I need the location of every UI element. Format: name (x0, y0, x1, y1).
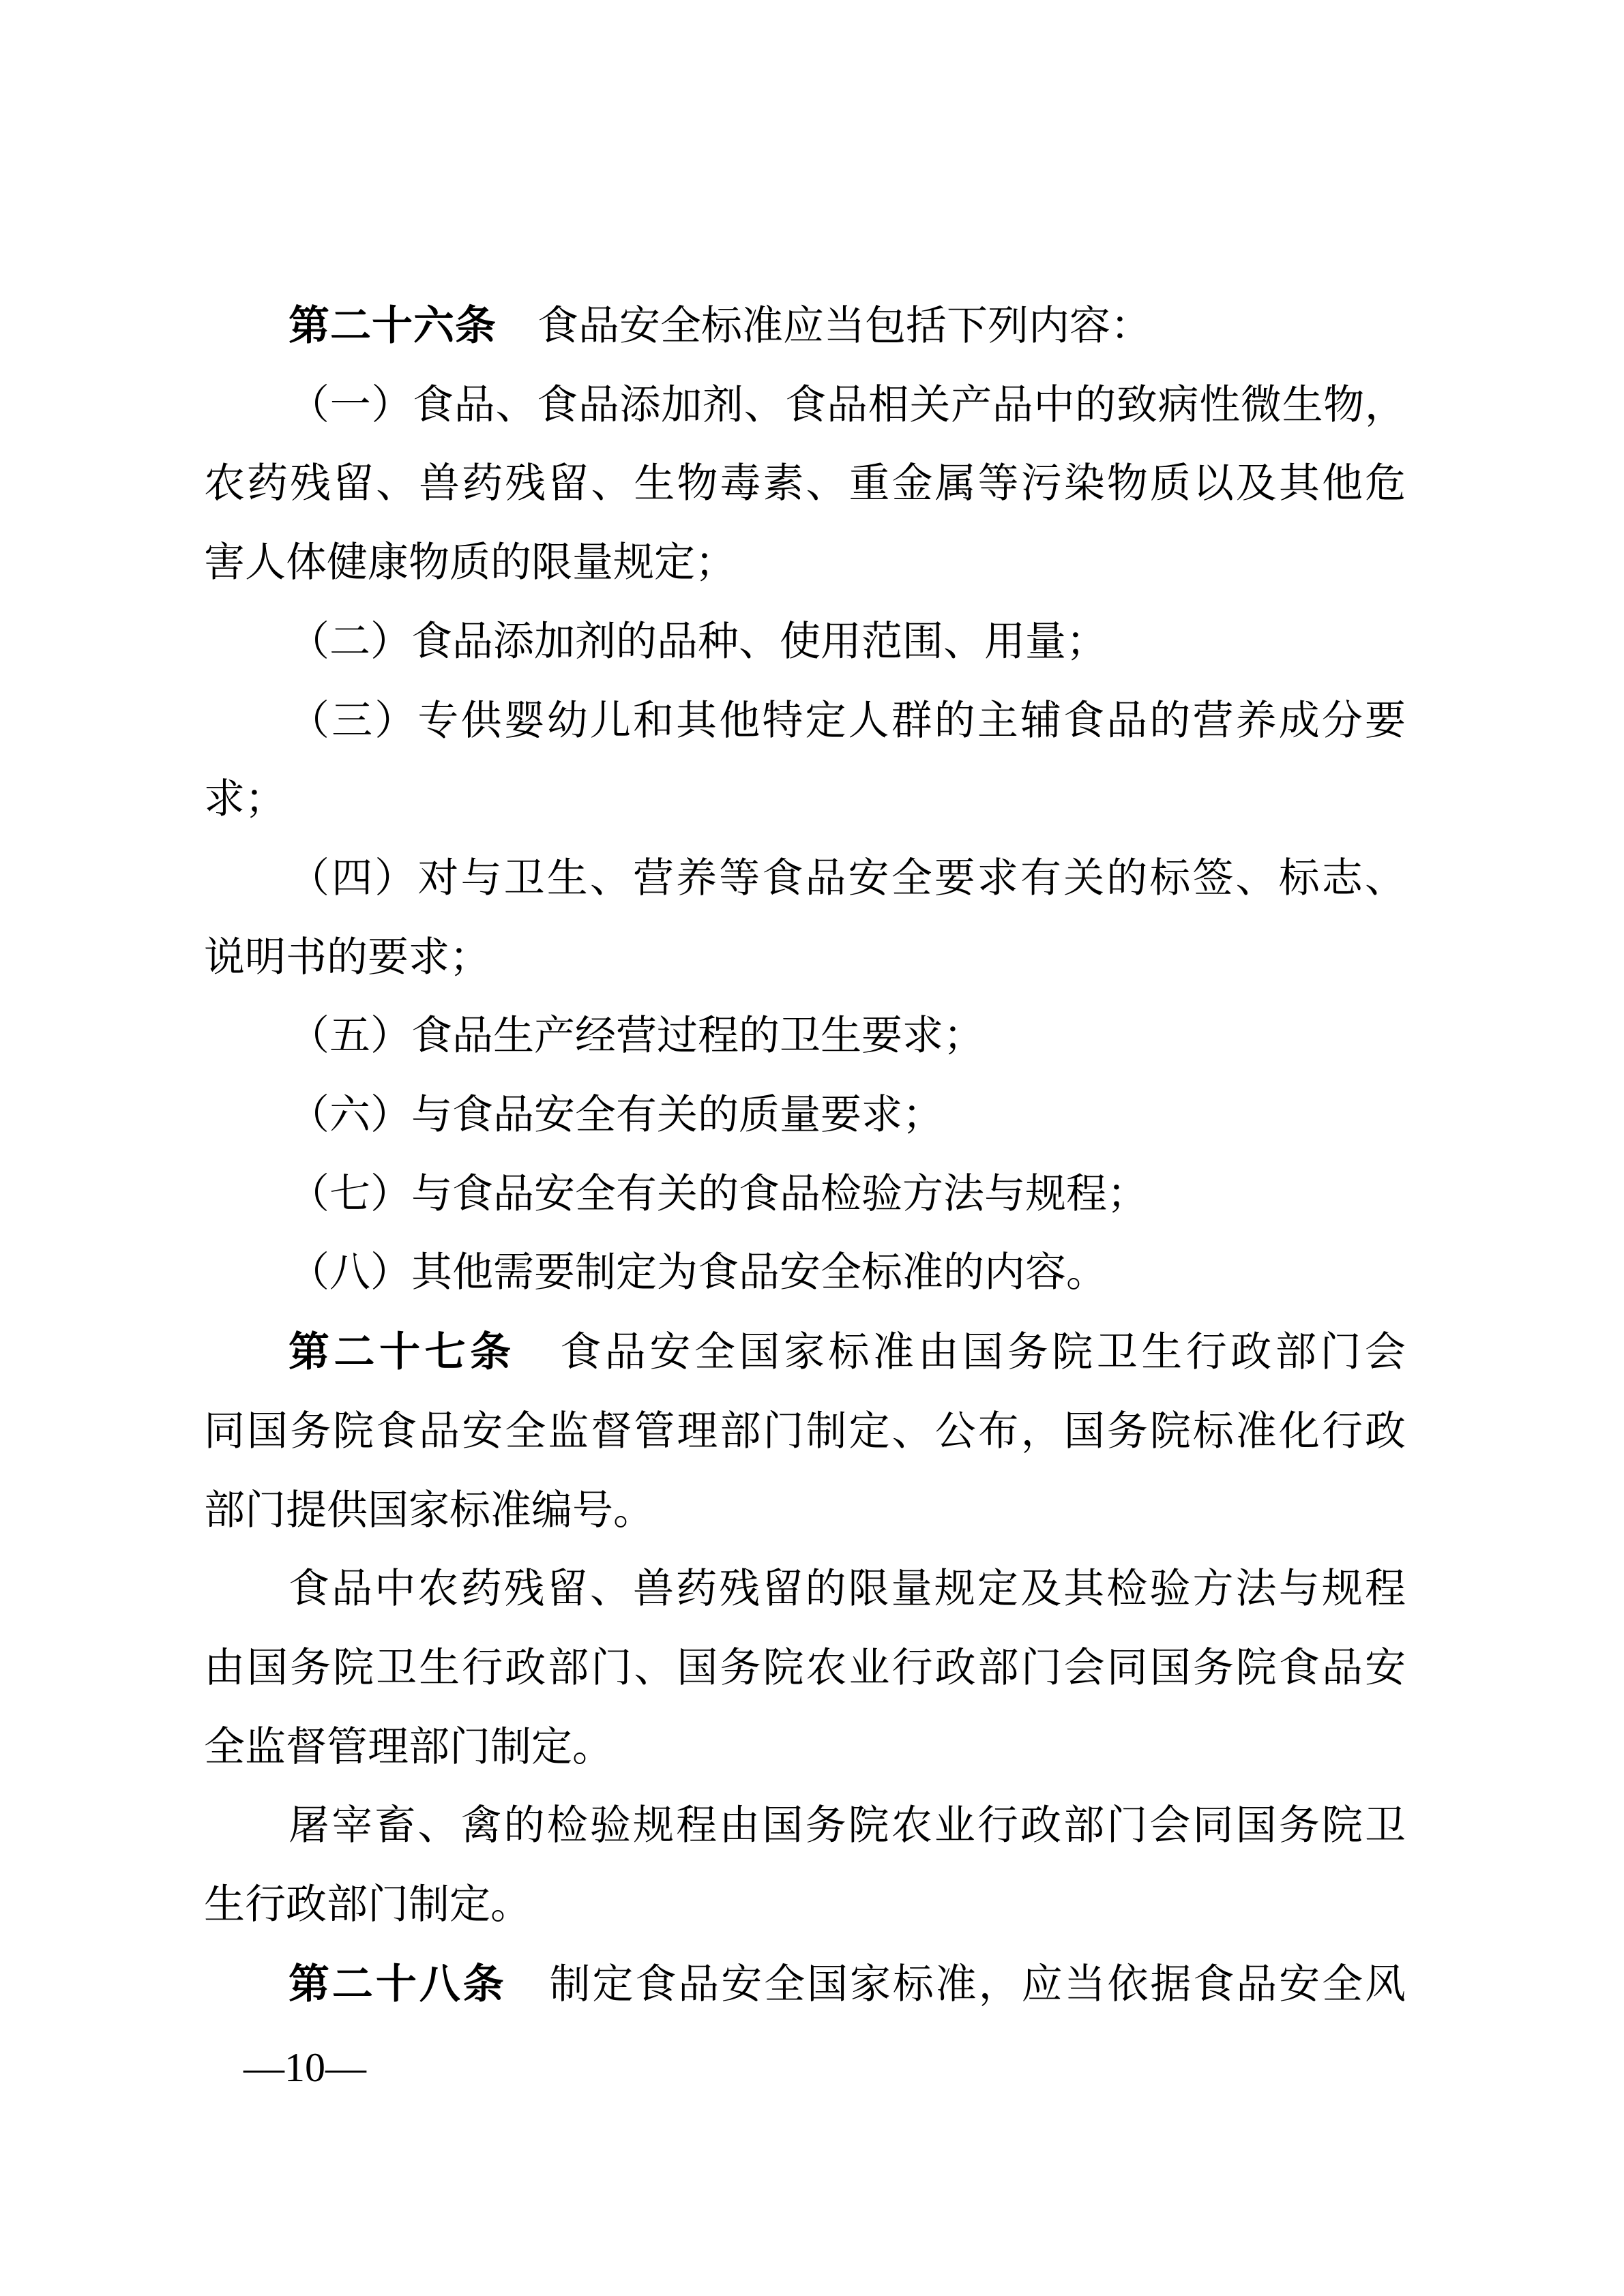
text-line: 第二十七条 食品安全国家标准由国务院卫生行政部门会 (204, 1313, 1406, 1392)
text-line: 第二十八条 制定食品安全国家标准，应当依据食品安全风 (204, 1945, 1406, 2025)
text-line: 同国务院食品安全监督管理部门制定、公布，国务院标准化行政 (204, 1392, 1406, 1472)
article-number: 第二十六条 (289, 303, 497, 348)
text-line: （二）食品添加剂的品种、使用范围、用量； (204, 603, 1406, 682)
text-line: （六）与食品安全有关的质量要求； (204, 1076, 1406, 1155)
text-line: 生行政部门制定。 (204, 1866, 1406, 1945)
text-line: 求； (204, 760, 1406, 839)
text-line: （一）食品、食品添加剂、食品相关产品中的致病性微生物， (204, 366, 1406, 445)
text-line: （三）专供婴幼儿和其他特定人群的主辅食品的营养成分要 (204, 682, 1406, 761)
text-line: 害人体健康物质的限量规定； (204, 524, 1406, 603)
text-line: 农药残留、兽药残留、生物毒素、重金属等污染物质以及其他危 (204, 445, 1406, 524)
text-line: 由国务院卫生行政部门、国务院农业行政部门会同国务院食品安 (204, 1629, 1406, 1708)
text-line: 说明书的要求； (204, 919, 1406, 998)
article-number: 第二十七条 (289, 1329, 516, 1375)
text-line: 第二十六条 食品安全标准应当包括下列内容： (204, 286, 1406, 366)
document-body: 第二十六条 食品安全标准应当包括下列内容：（一）食品、食品添加剂、食品相关产品中… (204, 286, 1406, 2024)
text-line: 全监督管理部门制定。 (204, 1708, 1406, 1787)
document-page: 第二十六条 食品安全标准应当包括下列内容：（一）食品、食品添加剂、食品相关产品中… (0, 0, 1624, 2296)
text-line: （五）食品生产经营过程的卫生要求； (204, 997, 1406, 1076)
text-line: （四）对与卫生、营养等食品安全要求有关的标签、标志、 (204, 839, 1406, 919)
text-line: （七）与食品安全有关的食品检验方法与规程； (204, 1155, 1406, 1234)
text-line: （八）其他需要制定为食品安全标准的内容。 (204, 1234, 1406, 1313)
page-number: —10— (243, 2047, 366, 2088)
text-line: 部门提供国家标准编号。 (204, 1472, 1406, 1551)
text-line: 食品中农药残留、兽药残留的限量规定及其检验方法与规程 (204, 1550, 1406, 1629)
text-line: 屠宰畜、禽的检验规程由国务院农业行政部门会同国务院卫 (204, 1787, 1406, 1866)
article-number: 第二十八条 (289, 1961, 507, 2007)
